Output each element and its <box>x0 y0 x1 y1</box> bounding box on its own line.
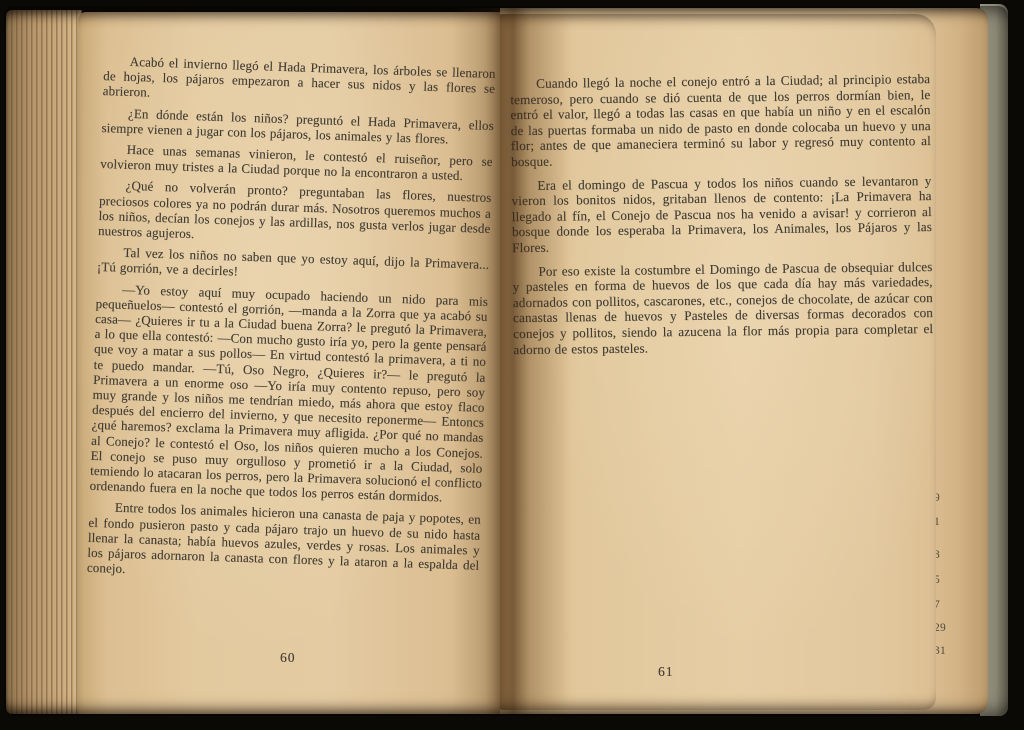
left-page-number: 60 <box>280 650 296 666</box>
paragraph: Entre todos los animales hicieron una ca… <box>87 499 481 588</box>
right-page: Cuando llegó la noche el conejo entró a … <box>500 14 936 710</box>
left-page-text: Acabó el invierno llegó el Hada Primaver… <box>86 53 495 594</box>
edge-page-number: 29 <box>934 622 956 634</box>
left-page-stack <box>6 10 82 714</box>
paragraph: Cuando llegó la noche el conejo entró a … <box>510 71 931 170</box>
paragraph: Hace unas semanas vinieron, le contestó … <box>100 141 493 184</box>
paragraph: Por eso existe la costumbre el Domingo d… <box>512 259 933 358</box>
edge-page-number: 5 <box>934 574 956 586</box>
edge-page-number: 1 <box>934 516 956 528</box>
book-scan: 9 1 3 5 7 29 31 Acabó el invierno llegó … <box>0 0 1024 730</box>
left-page: Acabó el invierno llegó el Hada Primaver… <box>78 12 500 714</box>
right-page-number: 61 <box>658 664 674 680</box>
paragraph: ¿Qué no volverán pronto? preguntaban las… <box>98 177 492 251</box>
paragraph: —Yo estoy aquí muy ocupado haciendo un n… <box>89 281 488 507</box>
paragraph: ¿En dónde están los niños? preguntó el H… <box>101 105 494 148</box>
edge-page-number: 3 <box>934 549 956 561</box>
edge-page-number: 31 <box>934 645 956 657</box>
paragraph: Acabó el invierno llegó el Hada Primaver… <box>102 53 495 112</box>
paragraph: Era el domingo de Pascua y todos los niñ… <box>511 173 932 256</box>
paragraph: Tal vez los niños no saben que yo estoy … <box>97 244 490 287</box>
edge-page-number: 7 <box>934 599 956 611</box>
right-page-text: Cuando llegó la noche el conejo entró a … <box>510 71 934 365</box>
edge-page-number: 9 <box>934 492 956 504</box>
